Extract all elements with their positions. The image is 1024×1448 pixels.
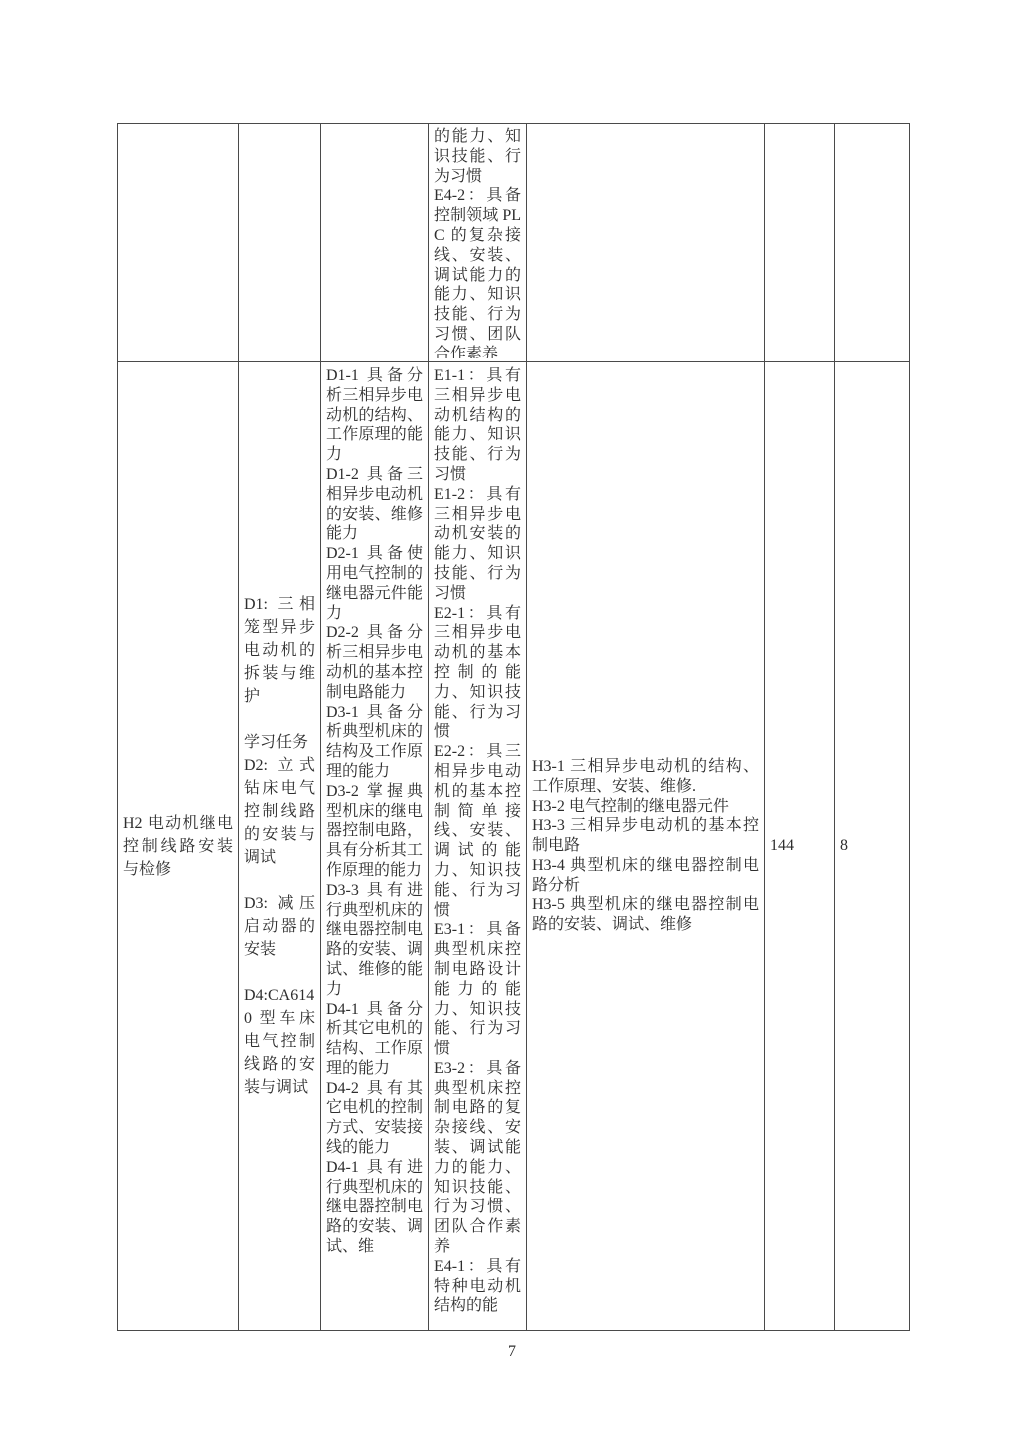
cell-credit-hours: 8 — [835, 362, 910, 1331]
cell-quality-targets: E1-1：具有三相异步电动机结构的能力、知识技能、行为习惯 E1-2：具有三相异… — [429, 362, 527, 1331]
table-row-continuation: 的能力、知识技能、行为习惯 E4-2：具备控制领域 PLC 的复杂接线、安装、调… — [118, 124, 910, 362]
table-row-module-h2: H2 电动机继电控制线路安装与检修 D1: 三相笼型异步电动机的拆装与维护 学习… — [118, 362, 910, 1331]
module-name-text: H2 电动机继电控制线路安装与检修 — [123, 812, 233, 881]
page-number: 7 — [0, 1342, 1024, 1362]
course-module-table: 的能力、知识技能、行为习惯 E4-2：具备控制领域 PLC 的复杂接线、安装、调… — [117, 123, 910, 1331]
cell-text: 的能力、知识技能、行为习惯 E4-2：具备控制领域 PLC 的复杂接线、安装、调… — [434, 127, 521, 358]
cell-learning-tasks: D1: 三相笼型异步电动机的拆装与维护 学习任务 D2: 立式钻床电气控制线路的… — [239, 362, 321, 1331]
ability-requirements-text: D1-1 具备分析三相异步电动机的结构、工作原理的能力 D1-2 具备三相异步电… — [326, 366, 423, 1257]
knowledge-points-text: H3-1 三相异步电动机的结构、工作原理、安装、维修. H3-2 电气控制的继电… — [532, 757, 759, 935]
cell-r1-hours-empty — [765, 124, 835, 362]
cell-r1-credits-empty — [835, 124, 910, 362]
cell-knowledge-points: H3-1 三相异步电动机的结构、工作原理、安装、维修. H3-2 电气控制的继电… — [527, 362, 765, 1331]
credit-hours-value: 8 — [840, 836, 904, 856]
cell-r1-abilities-empty — [321, 124, 429, 362]
cell-total-hours: 144 — [765, 362, 835, 1331]
learning-tasks-text: D1: 三相笼型异步电动机的拆装与维护 学习任务 D2: 立式钻床电气控制线路的… — [244, 593, 315, 1099]
document-page: 的能力、知识技能、行为习惯 E4-2：具备控制领域 PLC 的复杂接线、安装、调… — [0, 0, 1024, 1448]
cell-module-name: H2 电动机继电控制线路安装与检修 — [118, 362, 239, 1331]
cell-r1-module-name-empty — [118, 124, 239, 362]
total-hours-value: 144 — [770, 836, 829, 856]
cell-r1-knowledge-empty — [527, 124, 765, 362]
cell-r1-tasks-empty — [239, 124, 321, 362]
cell-r1-quality-targets-continued: 的能力、知识技能、行为习惯 E4-2：具备控制领域 PLC 的复杂接线、安装、调… — [429, 124, 527, 362]
cell-ability-requirements: D1-1 具备分析三相异步电动机的结构、工作原理的能力 D1-2 具备三相异步电… — [321, 362, 429, 1331]
quality-targets-text: E1-1：具有三相异步电动机结构的能力、知识技能、行为习惯 E1-2：具有三相异… — [434, 366, 521, 1316]
